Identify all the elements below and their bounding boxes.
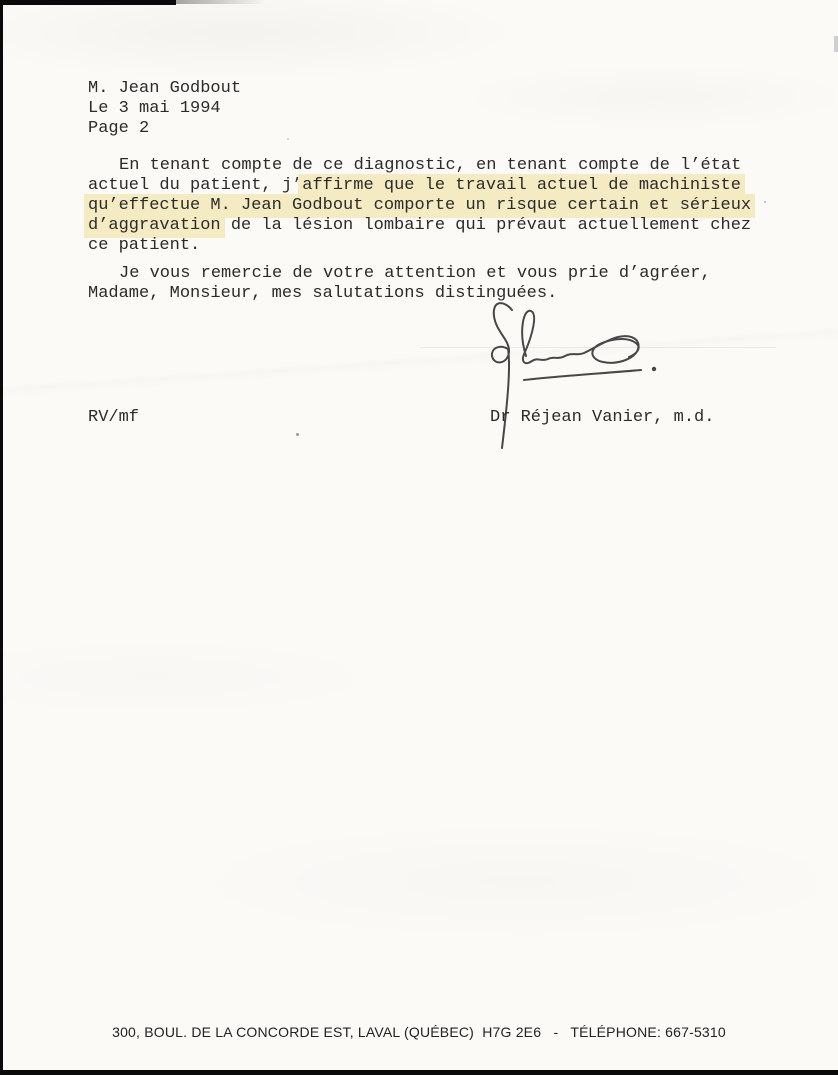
address-line: 300, BOUL. DE LA CONCORDE EST, LAVAL (QU… xyxy=(112,1024,726,1040)
scan-edge-notch xyxy=(834,36,838,52)
text-line: ce patient. xyxy=(88,236,751,256)
text-line: d’aggravation de la lésion lombaire qui … xyxy=(88,216,751,236)
letterhead-footer: 300, BOUL. DE LA CONCORDE EST, LAVAL (QU… xyxy=(0,1024,838,1040)
scan-edge-left xyxy=(0,0,3,1075)
scan-edge-top-fade xyxy=(176,0,266,4)
scan-speck xyxy=(287,138,289,140)
text-segment: ce patient. xyxy=(88,236,200,255)
text-segment: En tenant compte de ce diagnostic, en te… xyxy=(119,156,741,175)
letter-date: Le 3 mai 1994 xyxy=(88,99,241,119)
letter-header: M. Jean Godbout Le 3 mai 1994 Page 2 xyxy=(88,79,241,139)
text-segment: Je vous remercie de votre attention et v… xyxy=(119,264,711,283)
text-line: qu’effectue M. Jean Godbout comporte un … xyxy=(88,196,751,216)
text-line: En tenant compte de ce diagnostic, en te… xyxy=(88,156,751,176)
page-number: Page 2 xyxy=(88,119,241,139)
text-line: actuel du patient, j’affirme que le trav… xyxy=(88,176,751,196)
highlighted-text: d’aggravation xyxy=(88,214,221,238)
scan-edge-bottom xyxy=(0,1070,838,1075)
scan-speck xyxy=(296,433,299,436)
text-segment: de la lésion lombaire qui prévaut actuel… xyxy=(221,216,752,235)
text-segment: actuel du patient, j’ xyxy=(88,176,302,195)
scan-speck xyxy=(764,201,766,203)
text-line: Je vous remercie de votre attention et v… xyxy=(88,264,711,284)
handwritten-signature-icon xyxy=(478,296,738,456)
reference-initials: RV/mf xyxy=(88,408,139,428)
scan-edge-top xyxy=(0,0,176,5)
paragraph-diagnostic: En tenant compte de ce diagnostic, en te… xyxy=(88,156,751,256)
recipient-name: M. Jean Godbout xyxy=(88,79,241,99)
signer-name: Dr Réjean Vanier, m.d. xyxy=(490,408,714,428)
scanned-letter-page: M. Jean Godbout Le 3 mai 1994 Page 2 En … xyxy=(0,0,838,1075)
